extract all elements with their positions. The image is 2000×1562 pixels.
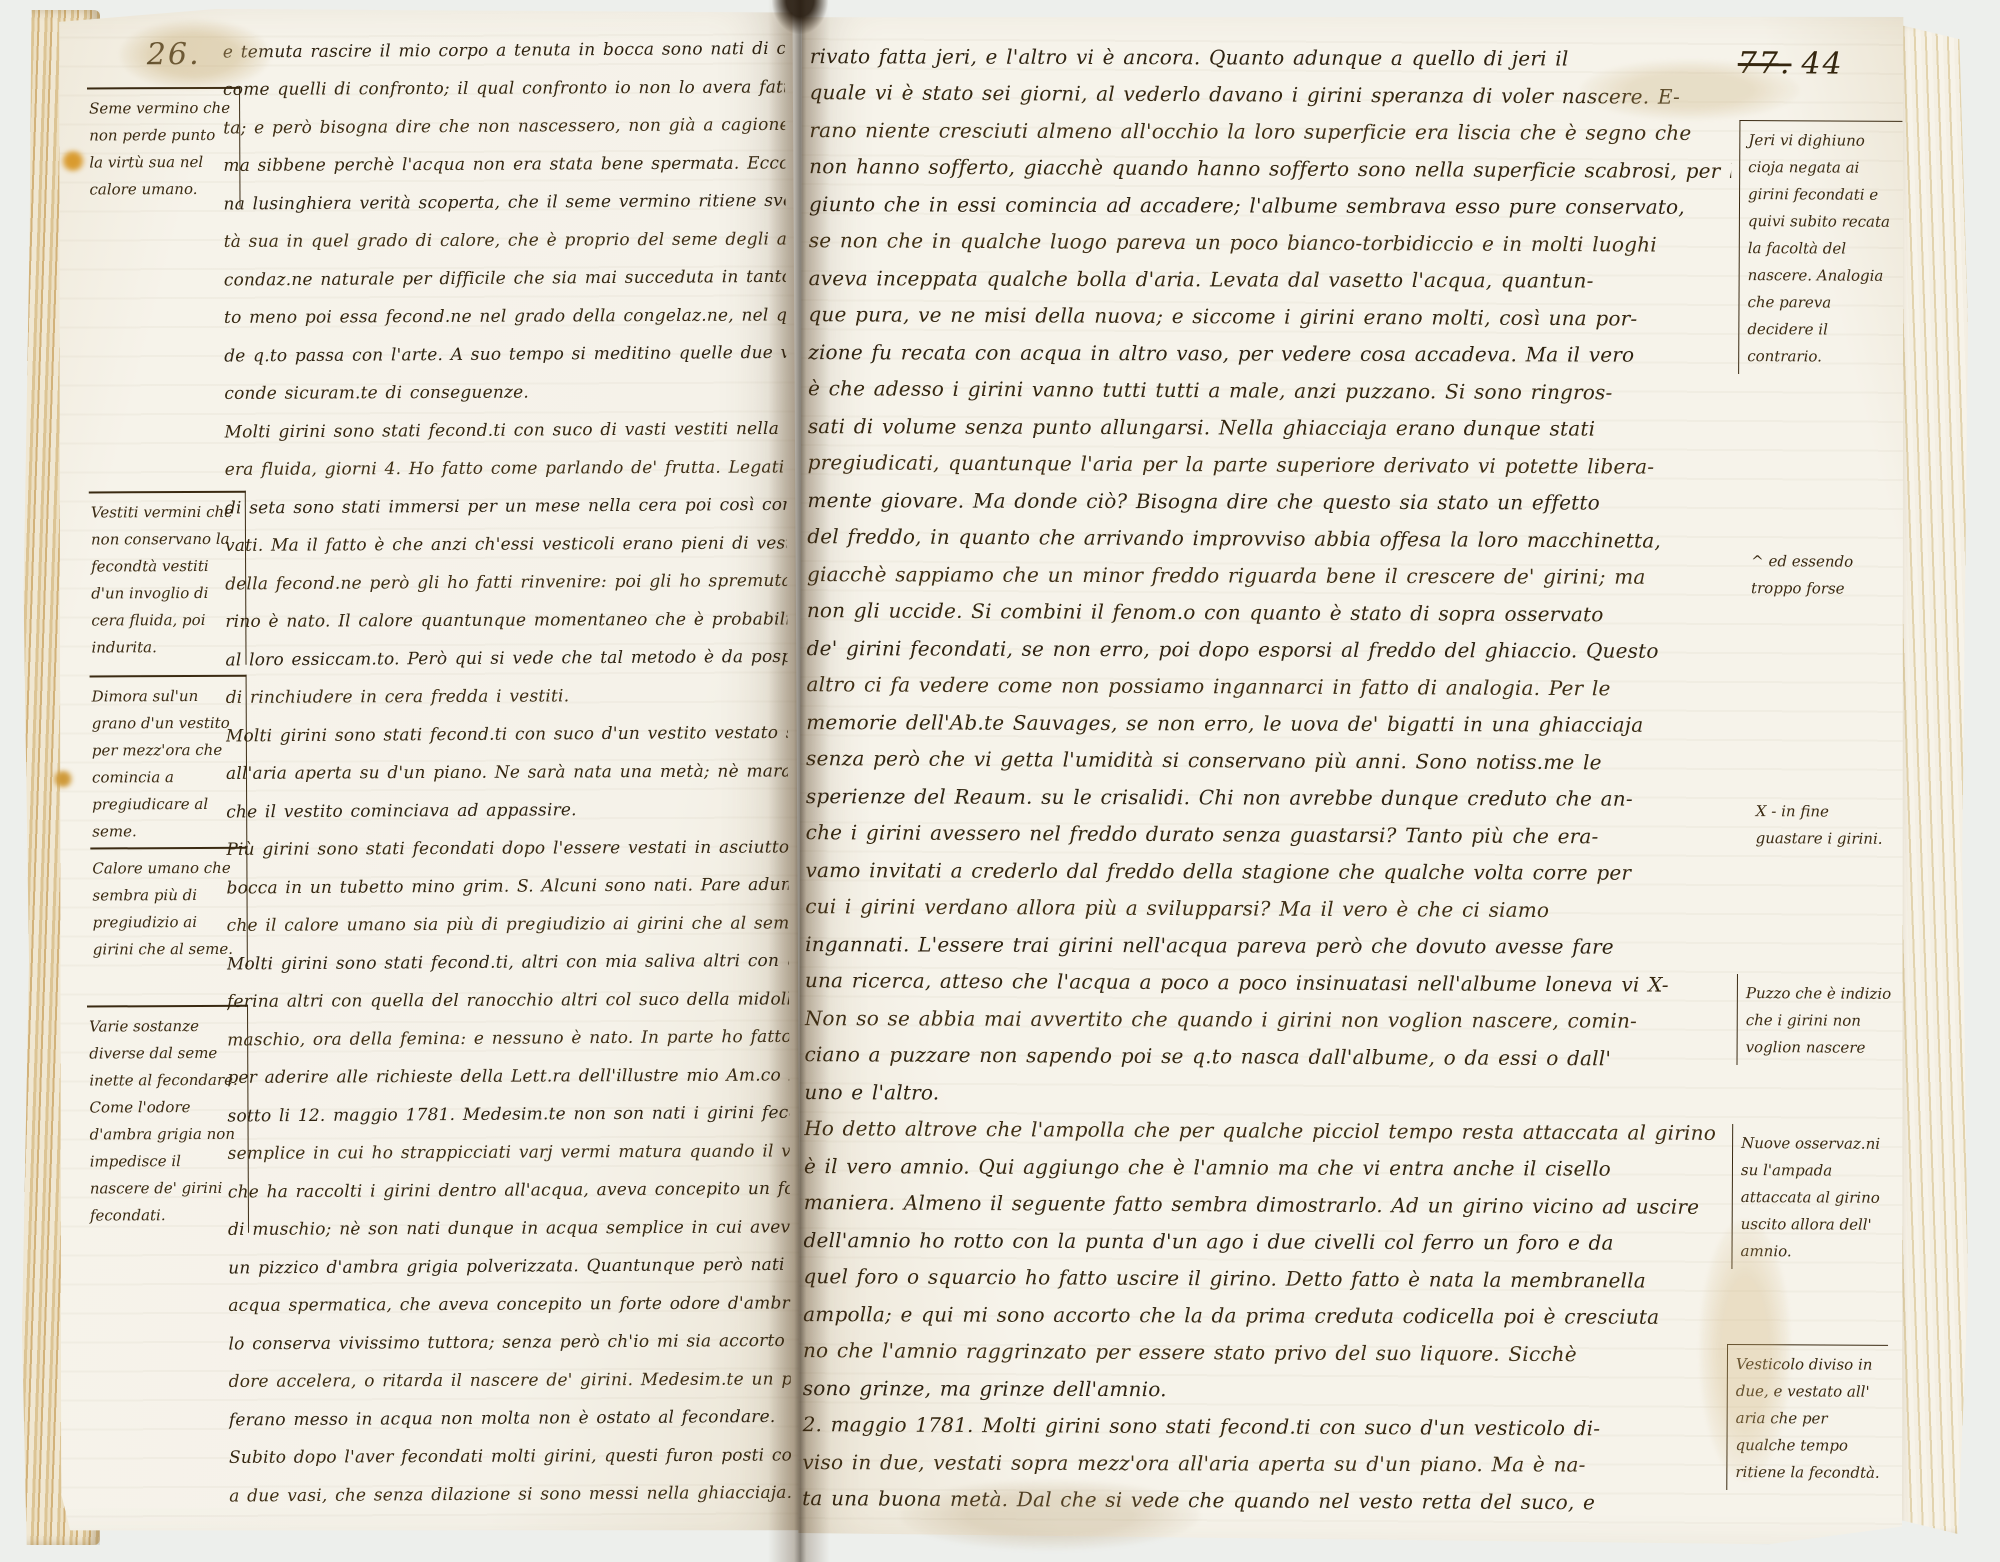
manuscript-line: zione fu recata con acqua in altro vaso,… xyxy=(808,334,1730,374)
right-page-text: rivato fatta jeri, e l'altro vi è ancora… xyxy=(802,37,1732,1522)
manuscript-line: semplice in cui ho strappicciati varj ve… xyxy=(228,1132,790,1172)
manuscript-line: ampolla; e qui mi sono accorto che la da… xyxy=(803,1296,1725,1336)
right-page-edges xyxy=(1896,24,1968,1534)
manuscript-line: del freddo, in quanto che arrivando impr… xyxy=(807,518,1729,560)
manuscript-line: senza però che vi getta l'umidità si con… xyxy=(806,740,1728,782)
manuscript-line: è che adesso i girini vanno tutti tutti … xyxy=(808,370,1730,412)
manuscript-line: lo conserva vivissimo tuttora; senza per… xyxy=(228,1322,790,1364)
manuscript-line: maniera. Almeno il seguente fatto sembra… xyxy=(804,1184,1726,1226)
spine-top-shadow xyxy=(772,0,828,34)
manuscript-line: ciano a puzzare non sapendo poi se q.to … xyxy=(804,1036,1726,1078)
manuscript-line: ingannati. L'essere trai girini nell'acq… xyxy=(805,926,1727,966)
manuscript-line: che ha raccolti i girini dentro all'acqu… xyxy=(228,1170,790,1212)
manuscript-line: que pura, ve ne misi della nuova; e sicc… xyxy=(808,296,1730,338)
margin-note: Vestiti vermini che non conservano la fe… xyxy=(89,491,247,666)
manuscript-line: vamo invitati a crederlo dal freddo dell… xyxy=(805,852,1727,892)
manuscript-line: all'aria aperta su d'un piano. Ne sarà n… xyxy=(226,752,788,792)
manuscript-line: ferina altri con quella del ranocchio al… xyxy=(227,980,789,1020)
manuscript-line: di rinchiudere in cera fredda i vestiti. xyxy=(226,676,788,716)
manuscript-line: sati di volume senza punto allungarsi. N… xyxy=(808,408,1730,448)
manuscript-line: che i girini avessero nel freddo durato … xyxy=(806,814,1728,856)
manuscript-line: di seta sono stati immersi per un mese n… xyxy=(225,486,787,528)
manuscript-line: Subito dopo l'aver fecondati molti girin… xyxy=(229,1436,791,1476)
manuscript-line: 2. maggio 1781. Molti girini sono stati … xyxy=(803,1406,1725,1448)
folio-number: 44 xyxy=(1801,46,1843,81)
manuscript-line: della fecond.ne però gli ho fatti rinven… xyxy=(225,562,787,604)
manuscript-line: di muschio; nè son nati dunque in acqua … xyxy=(228,1208,790,1248)
manuscript-line: altro ci fa vedere come non possiamo ing… xyxy=(806,666,1728,708)
right-page-number: 77.44 xyxy=(1738,46,1844,82)
manuscript-line: quale vi è stato sei giorni, al vederlo … xyxy=(809,74,1731,116)
manuscript-line: che il vestito cominciava ad appassire. xyxy=(226,790,788,832)
manuscript-line: se non che in qualche luogo pareva un po… xyxy=(809,222,1731,264)
manuscript-line: maschio, ora della femina: e nessuno è n… xyxy=(227,1018,789,1060)
old-folio-number: 77. xyxy=(1738,46,1792,81)
manuscript-line: una ricerca, atteso che l'acqua a poco a… xyxy=(805,962,1727,1004)
manuscript-line: era fluida, giorni 4. Ho fatto come parl… xyxy=(225,448,787,488)
manuscript-line: e temuta rascire il mio corpo a tenuta i… xyxy=(223,30,785,72)
margin-note: ^ ed essendo troppo forse xyxy=(1751,548,1901,603)
manuscript-line: come quelli di confronto; il qual confro… xyxy=(223,68,785,108)
manuscript-line: rivato fatta jeri, e l'altro vi è ancora… xyxy=(810,38,1732,78)
right-page: 77.44 Jeri vi dighiuno cioja negata ai g… xyxy=(794,11,1910,1545)
manuscript-line: vati. Ma il fatto è che anzi ch'essi ves… xyxy=(225,524,787,564)
manuscript-line: aveva inceppata qualche bolla d'aria. Le… xyxy=(809,260,1731,300)
manuscript-photo: 26. Seme vermino che non perde punto la … xyxy=(0,0,2000,1562)
margin-note: Puzzo che è indizio che i girini non vog… xyxy=(1737,974,1898,1066)
margin-note: Calore umano che sembra più di pregiudiz… xyxy=(90,847,248,968)
manuscript-line: che il calore umano sia più di pregiudiz… xyxy=(227,904,789,944)
manuscript-line: viso in due, vestati sopra mezz'ora all'… xyxy=(802,1444,1724,1484)
manuscript-line: Molti girini sono stati fecond.ti con su… xyxy=(224,410,786,452)
margin-note: X - in fine guastare i girini. xyxy=(1756,798,1896,853)
manuscript-line: conde sicuram.te di conseguenze. xyxy=(224,372,786,412)
manuscript-line: de' girini fecondati, se non erro, poi d… xyxy=(807,630,1729,670)
manuscript-line: al loro essiccam.to. Però qui si vede ch… xyxy=(225,638,787,680)
manuscript-line: Molti girini sono stati fecond.ti con su… xyxy=(226,714,788,756)
manuscript-line: giunto che in essi comincia ad accadere;… xyxy=(809,186,1731,226)
manuscript-line: to meno poi essa fecond.ne nel grado del… xyxy=(224,296,786,336)
manuscript-line: cui i girini verdano allora più a svilup… xyxy=(805,888,1727,930)
manuscript-line: condaz.ne naturale per difficile che sia… xyxy=(224,258,786,300)
manuscript-line: pregiudicati, quantunque l'aria per la p… xyxy=(808,444,1730,486)
manuscript-line: è il vero amnio. Qui aggiungo che è l'am… xyxy=(804,1148,1726,1188)
manuscript-line: na lusinghiera verità scoperta, che il s… xyxy=(223,182,785,224)
margin-note: Dimora sul'un grano d'un vestito per mez… xyxy=(90,675,248,850)
manuscript-line: de q.to passa con l'arte. A suo tempo si… xyxy=(224,334,786,376)
manuscript-line: Ho detto altrove che l'ampolla che per q… xyxy=(804,1110,1726,1152)
manuscript-line: mente giovare. Ma donde ciò? Bisogna dir… xyxy=(807,482,1729,522)
left-page: 26. Seme vermino che non perde punto la … xyxy=(55,6,802,1539)
manuscript-line: giacchè sappiamo che un minor freddo rig… xyxy=(807,556,1729,596)
left-page-text: e temuta rascire il mio corpo a tenuta i… xyxy=(223,30,791,1514)
margin-note: Vesticolo diviso in due, e vestato all' … xyxy=(1726,1344,1888,1491)
left-page-number: 26. xyxy=(147,37,201,72)
manuscript-line: quel foro o squarcio ho fatto uscire il … xyxy=(803,1258,1725,1300)
manuscript-line: non gli uccide. Si combini il fenom.o co… xyxy=(807,592,1729,634)
manuscript-line: dell'amnio ho rotto con la punta d'un ag… xyxy=(804,1222,1726,1262)
manuscript-line: un pizzico d'ambra grigia polverizzata. … xyxy=(228,1246,790,1288)
manuscript-line: Non so se abbia mai avvertito che quando… xyxy=(805,1000,1727,1040)
manuscript-line: ferano messo in acqua non molta non è os… xyxy=(229,1398,791,1440)
manuscript-line: rino è nato. Il calore quantunque moment… xyxy=(225,600,787,640)
margin-note: Seme vermino che non perde punto la virt… xyxy=(87,87,241,208)
manuscript-line: sotto li 12. maggio 1781. Medesim.te non… xyxy=(227,1094,789,1136)
manuscript-line: uno e l'altro. xyxy=(804,1074,1726,1114)
manuscript-line: dore accelera, o ritarda il nascere de' … xyxy=(229,1360,791,1400)
manuscript-line: ma sibbene perchè l'acqua non era stata … xyxy=(223,144,785,184)
manuscript-line: tà sua in quel grado di calore, che è pr… xyxy=(224,220,786,260)
manuscript-line: bocca in un tubetto mino grim. S. Alcuni… xyxy=(226,866,788,908)
manuscript-line: sono grinze, ma grinze dell'amnio. xyxy=(803,1370,1725,1410)
manuscript-line: Più girini sono stati fecondati dopo l'e… xyxy=(226,828,788,868)
manuscript-line: memorie dell'Ab.te Sauvages, se non erro… xyxy=(806,704,1728,744)
manuscript-line: per aderire alle richieste della Lett.ra… xyxy=(227,1056,789,1096)
margin-note: Varie sostanze diverse dal seme inette a… xyxy=(87,1005,249,1234)
margin-note: Jeri vi dighiuno cioja negata ai girini … xyxy=(1738,120,1902,375)
manuscript-line: non hanno sofferto, giacchè quando hanno… xyxy=(809,148,1731,190)
manuscript-line: sperienze del Reaum. su le crisalidi. Ch… xyxy=(806,778,1728,818)
manuscript-line: a due vasi, che senza dilazione si sono … xyxy=(229,1474,791,1516)
manuscript-line: ta una buona metà. Dal che si vede che q… xyxy=(802,1480,1724,1522)
margin-note: Nuove osservaz.ni su l'ampada attaccata … xyxy=(1731,1124,1897,1270)
manuscript-line: no che l'amnio raggrinzato per essere st… xyxy=(803,1332,1725,1374)
manuscript-line: ta; e però bisogna dire che non nascesse… xyxy=(223,106,785,148)
manuscript-line: rano niente cresciuti almeno all'occhio … xyxy=(809,112,1731,152)
manuscript-line: Molti girini sono stati fecond.ti, altri… xyxy=(227,942,789,984)
manuscript-line: acqua spermatica, che aveva concepito un… xyxy=(228,1284,790,1324)
